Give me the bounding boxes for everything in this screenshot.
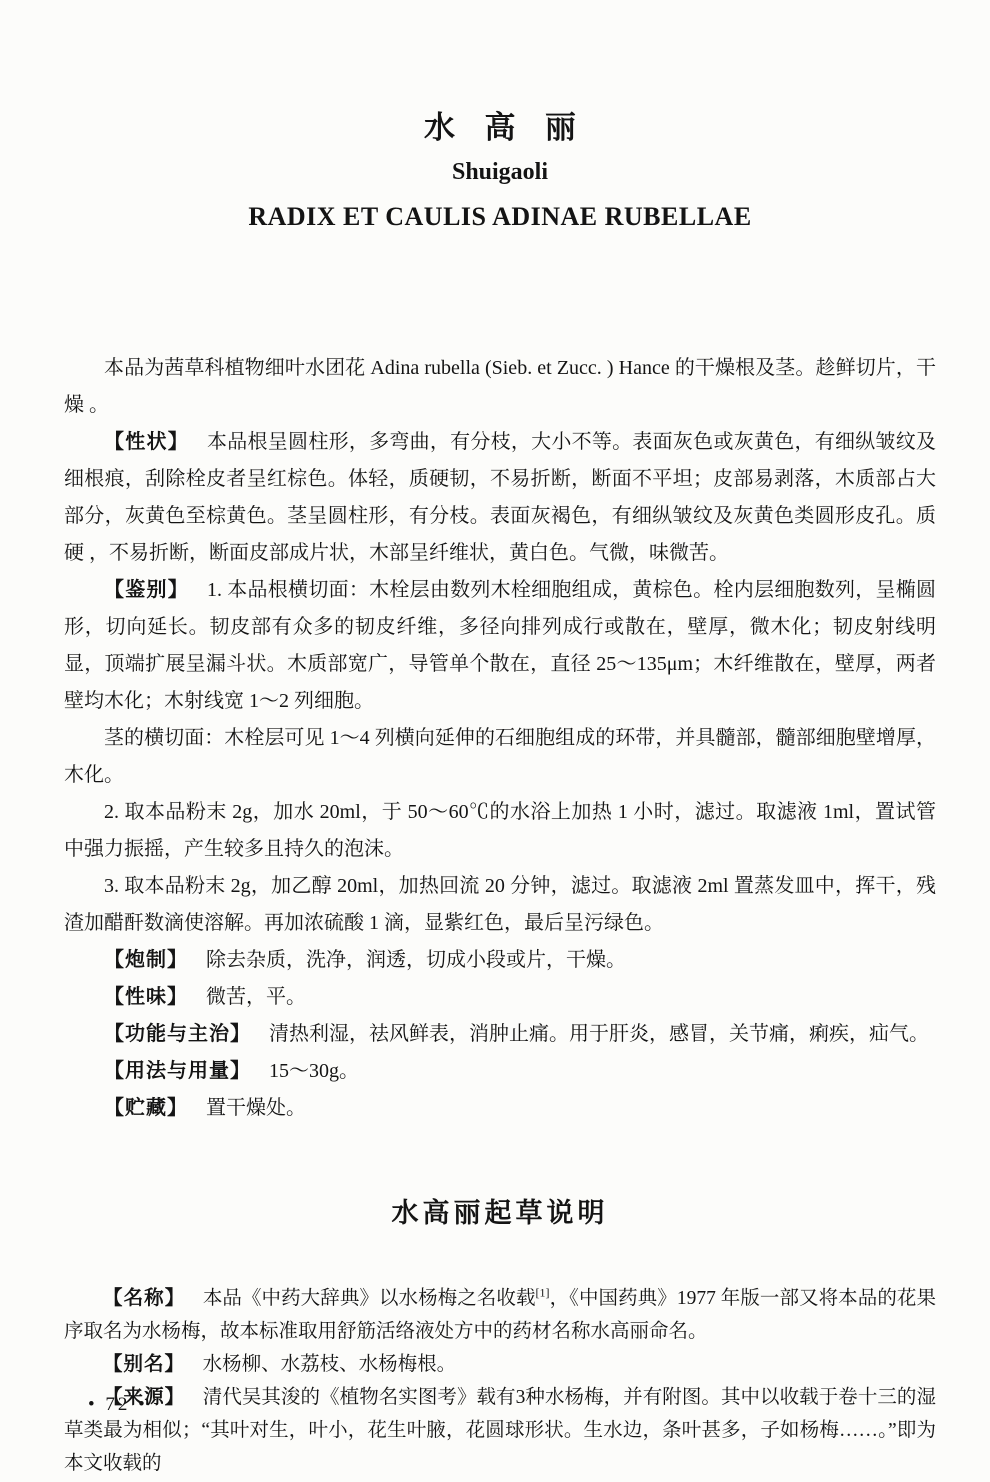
laiyuan-text: 清代吴其浚的《植物名实图考》载有3种水杨梅，并有附图。其中以收载于卷十三的湿草类… [64, 1387, 936, 1474]
paragraph-xingwei: 【性味】微苦，平。 [64, 979, 936, 1016]
paragraph-jianbie-1: 【鉴别】1. 本品根横切面：木栓层由数列木栓细胞组成，黄棕色。栓内层细胞数列，呈… [64, 572, 936, 720]
section-text-yongfa: 15～30g。 [269, 1060, 359, 1082]
paragraph-mingcheng: 【名称】本品《中药大辞典》以水杨梅之名收载[1]，《中国药典》1977 年版一部… [64, 1282, 936, 1348]
paragraph-jianbie-3: 3. 取本品粉末 2g，加乙醇 20ml，加热回流 20 分钟，滤过。取滤液 2… [64, 868, 936, 942]
section-label-jianbie: 【鉴别】 [104, 579, 189, 601]
page-number: • 72 • [88, 1394, 148, 1416]
section-label-mingcheng: 【名称】 [103, 1287, 185, 1309]
section-label-xingwei: 【性味】 [104, 986, 188, 1008]
section-label-zhucang: 【贮藏】 [104, 1097, 188, 1119]
paragraph-paozhi: 【炮制】除去杂质，洗净，润透，切成小段或片，干燥。 [64, 942, 936, 979]
notes-section: 【名称】本品《中药大辞典》以水杨梅之名收载[1]，《中国药典》1977 年版一部… [64, 1282, 936, 1480]
section-text-jianbie-1: 1. 本品根横切面：木栓层由数列木栓细胞组成，黄棕色。栓内层细胞数列，呈椭圆形，… [64, 579, 936, 712]
page-content: 水高丽 Shuigaoli RADIX ET CAULIS ADINAE RUB… [0, 0, 990, 1480]
title-pinyin: Shuigaoli [64, 159, 936, 186]
bieming-text: 水杨柳、水荔枝、水杨梅根。 [203, 1354, 457, 1375]
paragraph-zhucang: 【贮藏】置干燥处。 [64, 1090, 936, 1127]
section-label-bieming: 【别名】 [103, 1353, 185, 1375]
intro-text: 本品为茜草科植物细叶水团花 Adina rubella (Sieb. et Zu… [64, 357, 936, 416]
section-text-xingzhuang: 本品根呈圆柱形，多弯曲，有分枝，大小不等。表面灰色或灰黄色，有细纵皱纹及细根痕，… [64, 431, 936, 564]
paragraph-jianbie-stem: 茎的横切面：木栓层可见 1～4 列横向延伸的石细胞组成的环带，并具髓部，髓部细胞… [64, 720, 936, 794]
paragraph-laiyuan: 【来源】清代吴其浚的《植物名实图考》载有3种水杨梅，并有附图。其中以收载于卷十三… [64, 1381, 936, 1480]
monograph-section: 本品为茜草科植物细叶水团花 Adina rubella (Sieb. et Zu… [64, 350, 936, 1127]
mingcheng-text-pre: 本品《中药大辞典》以水杨梅之名收载 [203, 1288, 536, 1309]
section-text-jianbie-3: 3. 取本品粉末 2g，加乙醇 20ml，加热回流 20 分钟，滤过。取滤液 2… [64, 875, 936, 934]
paragraph-xingzhuang: 【性状】本品根呈圆柱形，多弯曲，有分枝，大小不等。表面灰色或灰黄色，有细纵皱纹及… [64, 424, 936, 572]
section-text-jianbie-stem: 茎的横切面：木栓层可见 1～4 列横向延伸的石细胞组成的环带，并具髓部，髓部细胞… [64, 727, 936, 786]
title-chinese: 水高丽 [64, 0, 936, 147]
title-latin: RADIX ET CAULIS ADINAE RUBELLAE [64, 202, 936, 232]
paragraph-gongneng: 【功能与主治】清热利湿，祛风鲜表，消肿止痛。用于肝炎，感冒，关节痛，痢疾，疝气。 [64, 1016, 936, 1053]
reference-superscript: [1] [536, 1286, 550, 1300]
paragraph-jianbie-2: 2. 取本品粉末 2g，加水 20ml，于 50～60℃的水浴上加热 1 小时，… [64, 794, 936, 868]
paragraph-yongfa: 【用法与用量】15～30g。 [64, 1053, 936, 1090]
section-label-xingzhuang: 【性状】 [104, 431, 189, 453]
paragraph-bieming: 【别名】水杨柳、水荔枝、水杨梅根。 [64, 1348, 936, 1381]
intro-paragraph: 本品为茜草科植物细叶水团花 Adina rubella (Sieb. et Zu… [64, 350, 936, 424]
section-text-jianbie-2: 2. 取本品粉末 2g，加水 20ml，于 50～60℃的水浴上加热 1 小时，… [64, 801, 936, 860]
section-text-paozhi: 除去杂质，洗净，润透，切成小段或片，干燥。 [206, 949, 626, 971]
document-page: 水高丽 Shuigaoli RADIX ET CAULIS ADINAE RUB… [0, 0, 990, 1482]
section-text-xingwei: 微苦，平。 [206, 986, 306, 1008]
section-label-gongneng: 【功能与主治】 [104, 1023, 251, 1045]
section-label-yongfa: 【用法与用量】 [104, 1060, 251, 1082]
section-text-zhucang: 置干燥处。 [206, 1097, 306, 1119]
notes-heading: 水高丽起草说明 [64, 1191, 936, 1230]
section-label-paozhi: 【炮制】 [104, 949, 188, 971]
section-text-gongneng: 清热利湿，祛风鲜表，消肿止痛。用于肝炎，感冒，关节痛，痢疾，疝气。 [269, 1023, 929, 1045]
